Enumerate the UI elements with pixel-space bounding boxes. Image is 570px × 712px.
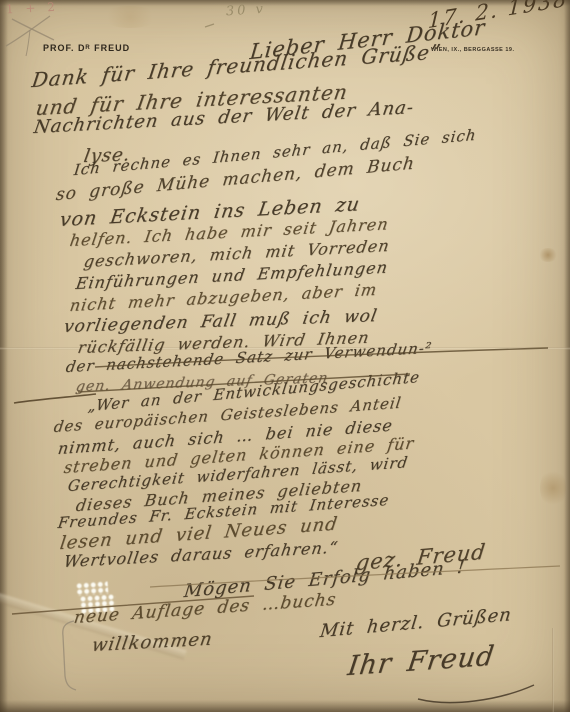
paper-stain [100,6,160,28]
paper-stain [540,468,566,508]
ink-stain [538,248,558,262]
paper-edge-right [564,0,570,712]
letter-photograph: PROF. Dᴿ FREUD WIEN, IX., BERGGASSE 19. … [0,0,570,712]
pencil-tick [205,24,214,27]
letterhead-name: PROF. Dᴿ FREUD [43,43,130,53]
paragraph-dash [14,394,96,403]
glare-spots [76,581,109,596]
paper-edge-left [0,0,8,712]
signature-flourish [418,685,534,703]
handwriting-line: Mit herzl. Grüßen [319,604,513,642]
letterhead-address: WIEN, IX., BERGGASSE 19. [431,47,515,53]
pencil-annotation-top-center: 30 v [226,2,267,20]
pencil-bracket [63,621,76,690]
handwriting-line: Ihr Freud [346,641,497,683]
paper-edge-bottom [0,700,570,712]
handwriting-line: willkommen [90,629,214,657]
pencil-annotation-top-left: 1 + 2 [6,0,60,16]
fold-crease-vertical [552,628,554,712]
